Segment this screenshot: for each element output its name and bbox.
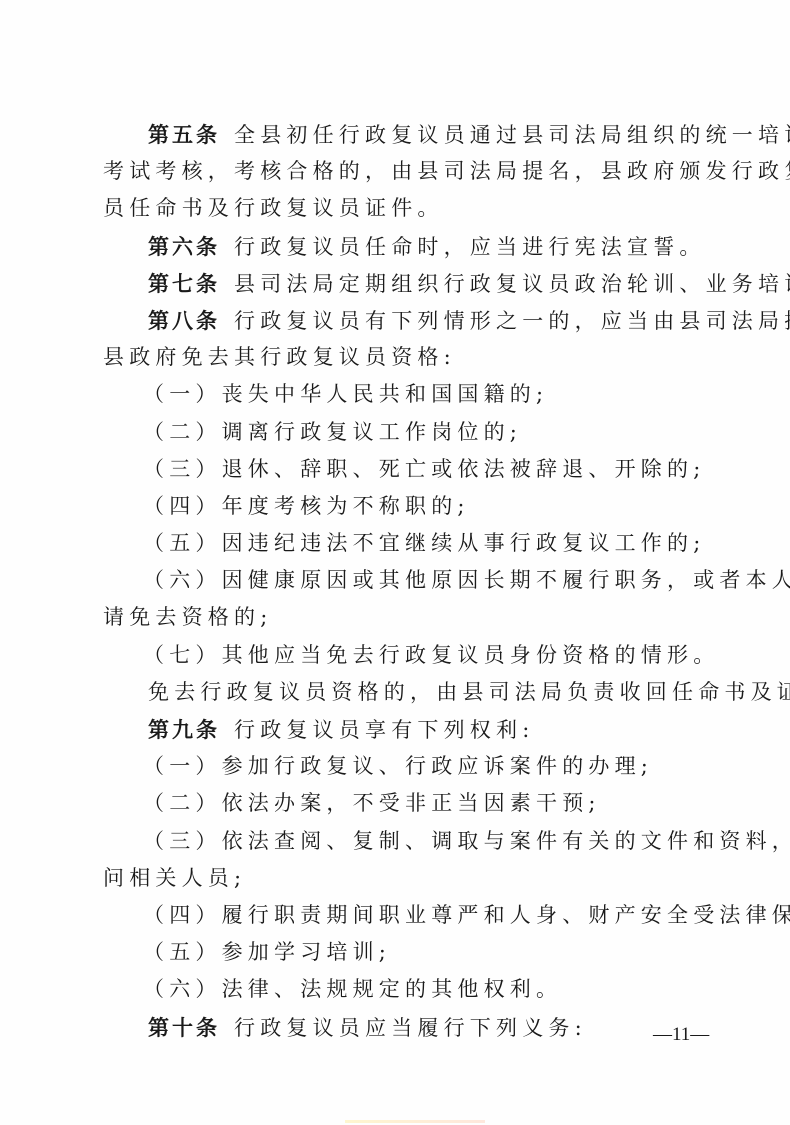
article-heading: 第九条 bbox=[148, 717, 220, 742]
article-8-line-1: 第八条行政复议员有下列情形之一的，应当由县司法局报 bbox=[103, 302, 707, 339]
article-text: 全县初任行政复议员通过县司法局组织的统一培训 bbox=[234, 123, 790, 147]
article-10: 第十条行政复议员应当履行下列义务: bbox=[103, 1009, 707, 1046]
article-heading: 第十条 bbox=[148, 1015, 220, 1040]
article-5-line-1: 第五条全县初任行政复议员通过县司法局组织的统一培训 bbox=[103, 116, 707, 153]
article-8-item-2: （二）调离行政复议工作岗位的; bbox=[103, 414, 707, 451]
article-heading: 第五条 bbox=[148, 122, 220, 147]
article-8-item-7: （七）其他应当免去行政复议员身份资格的情形。 bbox=[103, 637, 707, 674]
article-text: 行政复议员享有下列权利: bbox=[234, 718, 534, 742]
article-text: 行政复议员应当履行下列义务: bbox=[234, 1016, 587, 1040]
article-8-item-5: （五）因违纪违法不宜继续从事行政复议工作的; bbox=[103, 525, 707, 562]
document-page: 第五条全县初任行政复议员通过县司法局组织的统一培训 考试考核，考核合格的，由县司… bbox=[0, 0, 790, 1125]
article-8-item-1: （一）丧失中华人民共和国国籍的; bbox=[103, 376, 707, 413]
article-8-item-3: （三）退休、辞职、死亡或依法被辞退、开除的; bbox=[103, 451, 707, 488]
article-7: 第七条县司法局定期组织行政复议员政治轮训、业务培训。 bbox=[103, 265, 707, 302]
article-8-closing-paragraph: 免去行政复议员资格的，由县司法局负责收回任命书及证件。 bbox=[103, 674, 707, 711]
article-9-item-6: （六）法律、法规规定的其他权利。 bbox=[103, 971, 707, 1008]
article-9-item-1: （一）参加行政复议、行政应诉案件的办理; bbox=[103, 748, 707, 785]
article-text: 县司法局定期组织行政复议员政治轮训、业务培训。 bbox=[234, 272, 790, 296]
article-9-item-4: （四）履行职责期间职业尊严和人身、财产安全受法律保护; bbox=[103, 897, 707, 934]
article-heading: 第六条 bbox=[148, 234, 220, 259]
article-6: 第六条行政复议员任命时，应当进行宪法宣誓。 bbox=[103, 228, 707, 265]
document-body: 第五条全县初任行政复议员通过县司法局组织的统一培训 考试考核，考核合格的，由县司… bbox=[103, 116, 707, 1046]
article-9-item-5: （五）参加学习培训; bbox=[103, 934, 707, 971]
article-9-item-2: （二）依法办案，不受非正当因素干预; bbox=[103, 785, 707, 822]
article-heading: 第七条 bbox=[148, 271, 220, 296]
article-8-item-6-line-2: 请免去资格的; bbox=[103, 599, 707, 636]
scan-artifact bbox=[345, 1120, 485, 1123]
article-heading: 第八条 bbox=[148, 308, 220, 333]
article-8-item-6-line-1: （六）因健康原因或其他原因长期不履行职务，或者本人申 bbox=[103, 562, 707, 599]
article-8-item-4: （四）年度考核为不称职的; bbox=[103, 488, 707, 525]
article-text: 行政复议员任命时，应当进行宪法宣誓。 bbox=[234, 235, 706, 259]
article-9-item-3-line-2: 问相关人员; bbox=[103, 860, 707, 897]
article-8-line-2: 县政府免去其行政复议员资格: bbox=[103, 339, 707, 376]
article-text: 行政复议员有下列情形之一的，应当由县司法局报 bbox=[234, 309, 790, 333]
article-9: 第九条行政复议员享有下列权利: bbox=[103, 711, 707, 748]
article-9-item-3-line-1: （三）依法查阅、复制、调取与案件有关的文件和资料，询 bbox=[103, 823, 707, 860]
page-number: —11— bbox=[653, 1024, 709, 1046]
article-5-line-2: 考试考核，考核合格的，由县司法局提名，县政府颁发行政复议 bbox=[103, 153, 707, 190]
article-5-line-3: 员任命书及行政复议员证件。 bbox=[103, 190, 707, 227]
